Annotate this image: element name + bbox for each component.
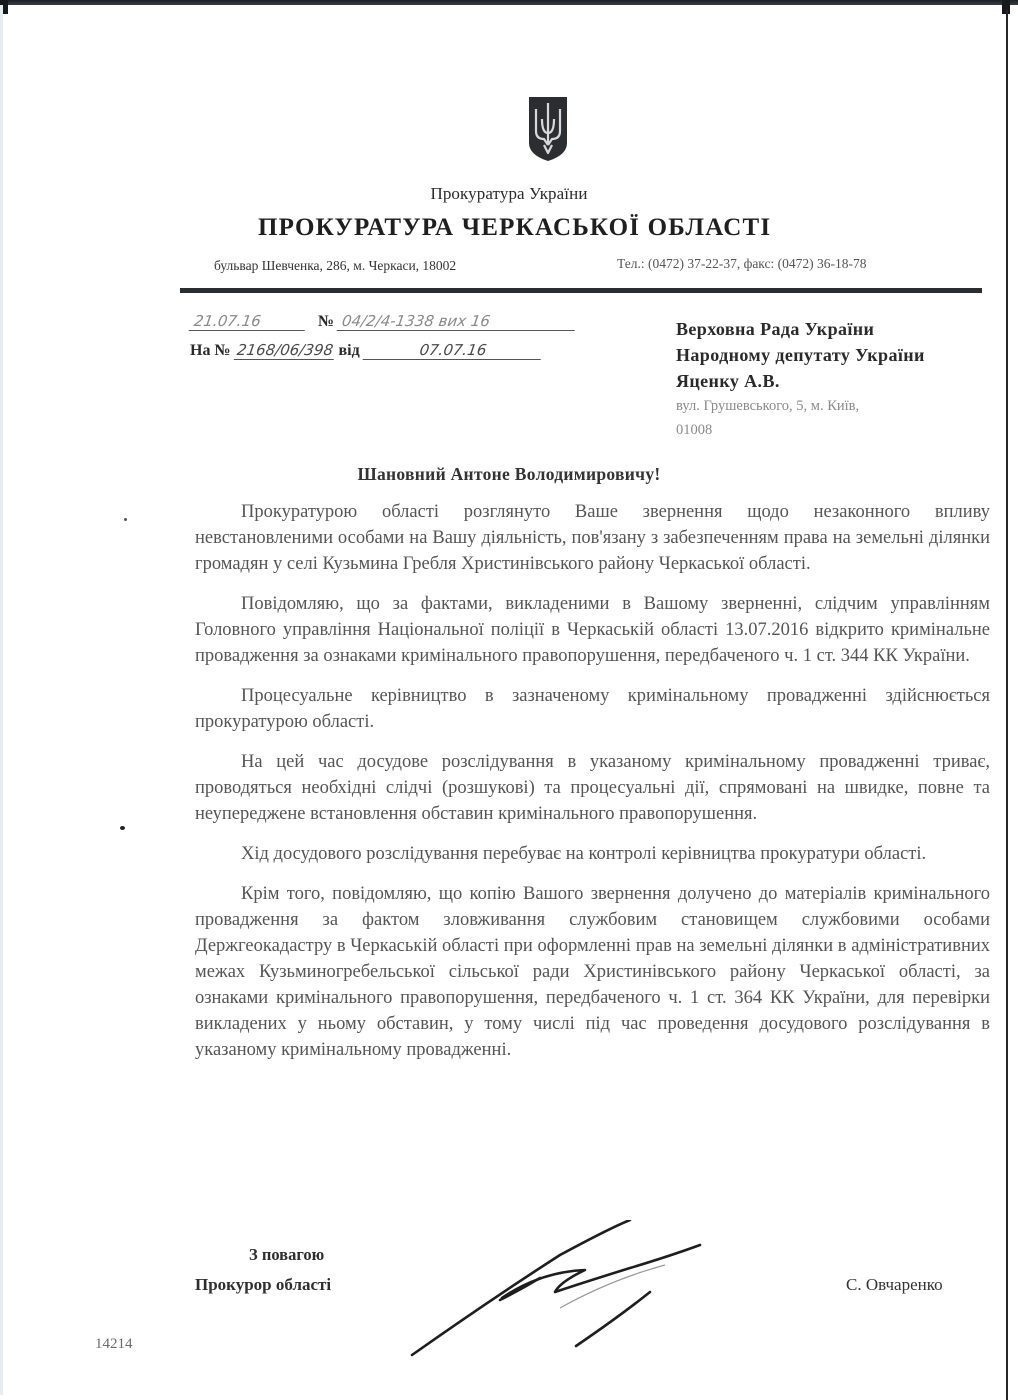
number-label: № — [318, 313, 334, 330]
addressee-institution: Верховна Рада України — [676, 316, 996, 342]
organization-contacts: Тел.: (0472) 37-22-37, факс: (0472) 36-1… — [617, 256, 867, 272]
reply-to-registration: На № 2168/06/398 від 07.07.16 — [190, 341, 542, 360]
outgoing-date: 21.07.16 — [189, 312, 308, 331]
body-paragraph: На цей час досудове розслідування в указ… — [195, 749, 990, 827]
reply-to-date: 07.07.16 — [362, 341, 543, 360]
addressee-postcode: 01008 — [676, 418, 996, 442]
from-label: від — [339, 342, 360, 359]
body-paragraph: Прокуратурою області розглянуто Ваше зве… — [195, 499, 990, 577]
addressee-block: Верховна Рада України Народному депутату… — [676, 316, 996, 442]
addressee-title: Народному депутату України — [676, 342, 996, 368]
scan-speck — [120, 826, 125, 830]
addressee-street: вул. Грушевського, 5, м. Київ, — [676, 394, 996, 418]
salutation: Шановний Антоне Володимировичу! — [0, 464, 1018, 485]
signer-name: С. Овчаренко — [846, 1275, 943, 1295]
trident-coat-of-arms-icon — [527, 95, 569, 163]
addressee-name: Яценку А.В. — [676, 368, 996, 394]
closing: З повагою — [249, 1245, 324, 1265]
organization-name: ПРОКУРАТУРА ЧЕРКАСЬКОЇ ОБЛАСТІ — [258, 214, 898, 242]
letter-body: Прокуратурою області розглянуто Ваше зве… — [195, 499, 990, 1077]
outgoing-number: 04/2/4-1338 вих 16 — [337, 312, 578, 331]
scan-right-edge — [1006, 10, 1008, 1400]
outgoing-registration: 21.07.16 № 04/2/4-1338 вих 16 — [190, 312, 576, 331]
body-paragraph: Хід досудового розслідування перебуває н… — [195, 841, 990, 867]
scan-left-shade — [0, 5, 3, 1395]
handwritten-signature-icon — [380, 1220, 740, 1360]
document-number: 14214 — [95, 1336, 133, 1353]
reply-to-label: На № — [190, 342, 231, 359]
header-rule — [180, 288, 982, 293]
organization-address: бульвар Шевченка, 286, м. Черкаси, 18002 — [214, 258, 456, 274]
scan-top-edge — [0, 0, 1018, 5]
body-paragraph: Повідомляю, що за фактами, викладеними в… — [195, 591, 990, 669]
body-paragraph: Процесуальне керівництво в зазначеному к… — [195, 683, 990, 735]
parent-organization: Прокуратура України — [0, 184, 1018, 204]
scan-speck — [124, 518, 127, 521]
signer-position: Прокурор області — [195, 1275, 331, 1295]
reply-to-number: 2168/06/398 — [233, 341, 336, 360]
body-paragraph: Крім того, повідомляю, що копію Вашого з… — [195, 881, 990, 1063]
